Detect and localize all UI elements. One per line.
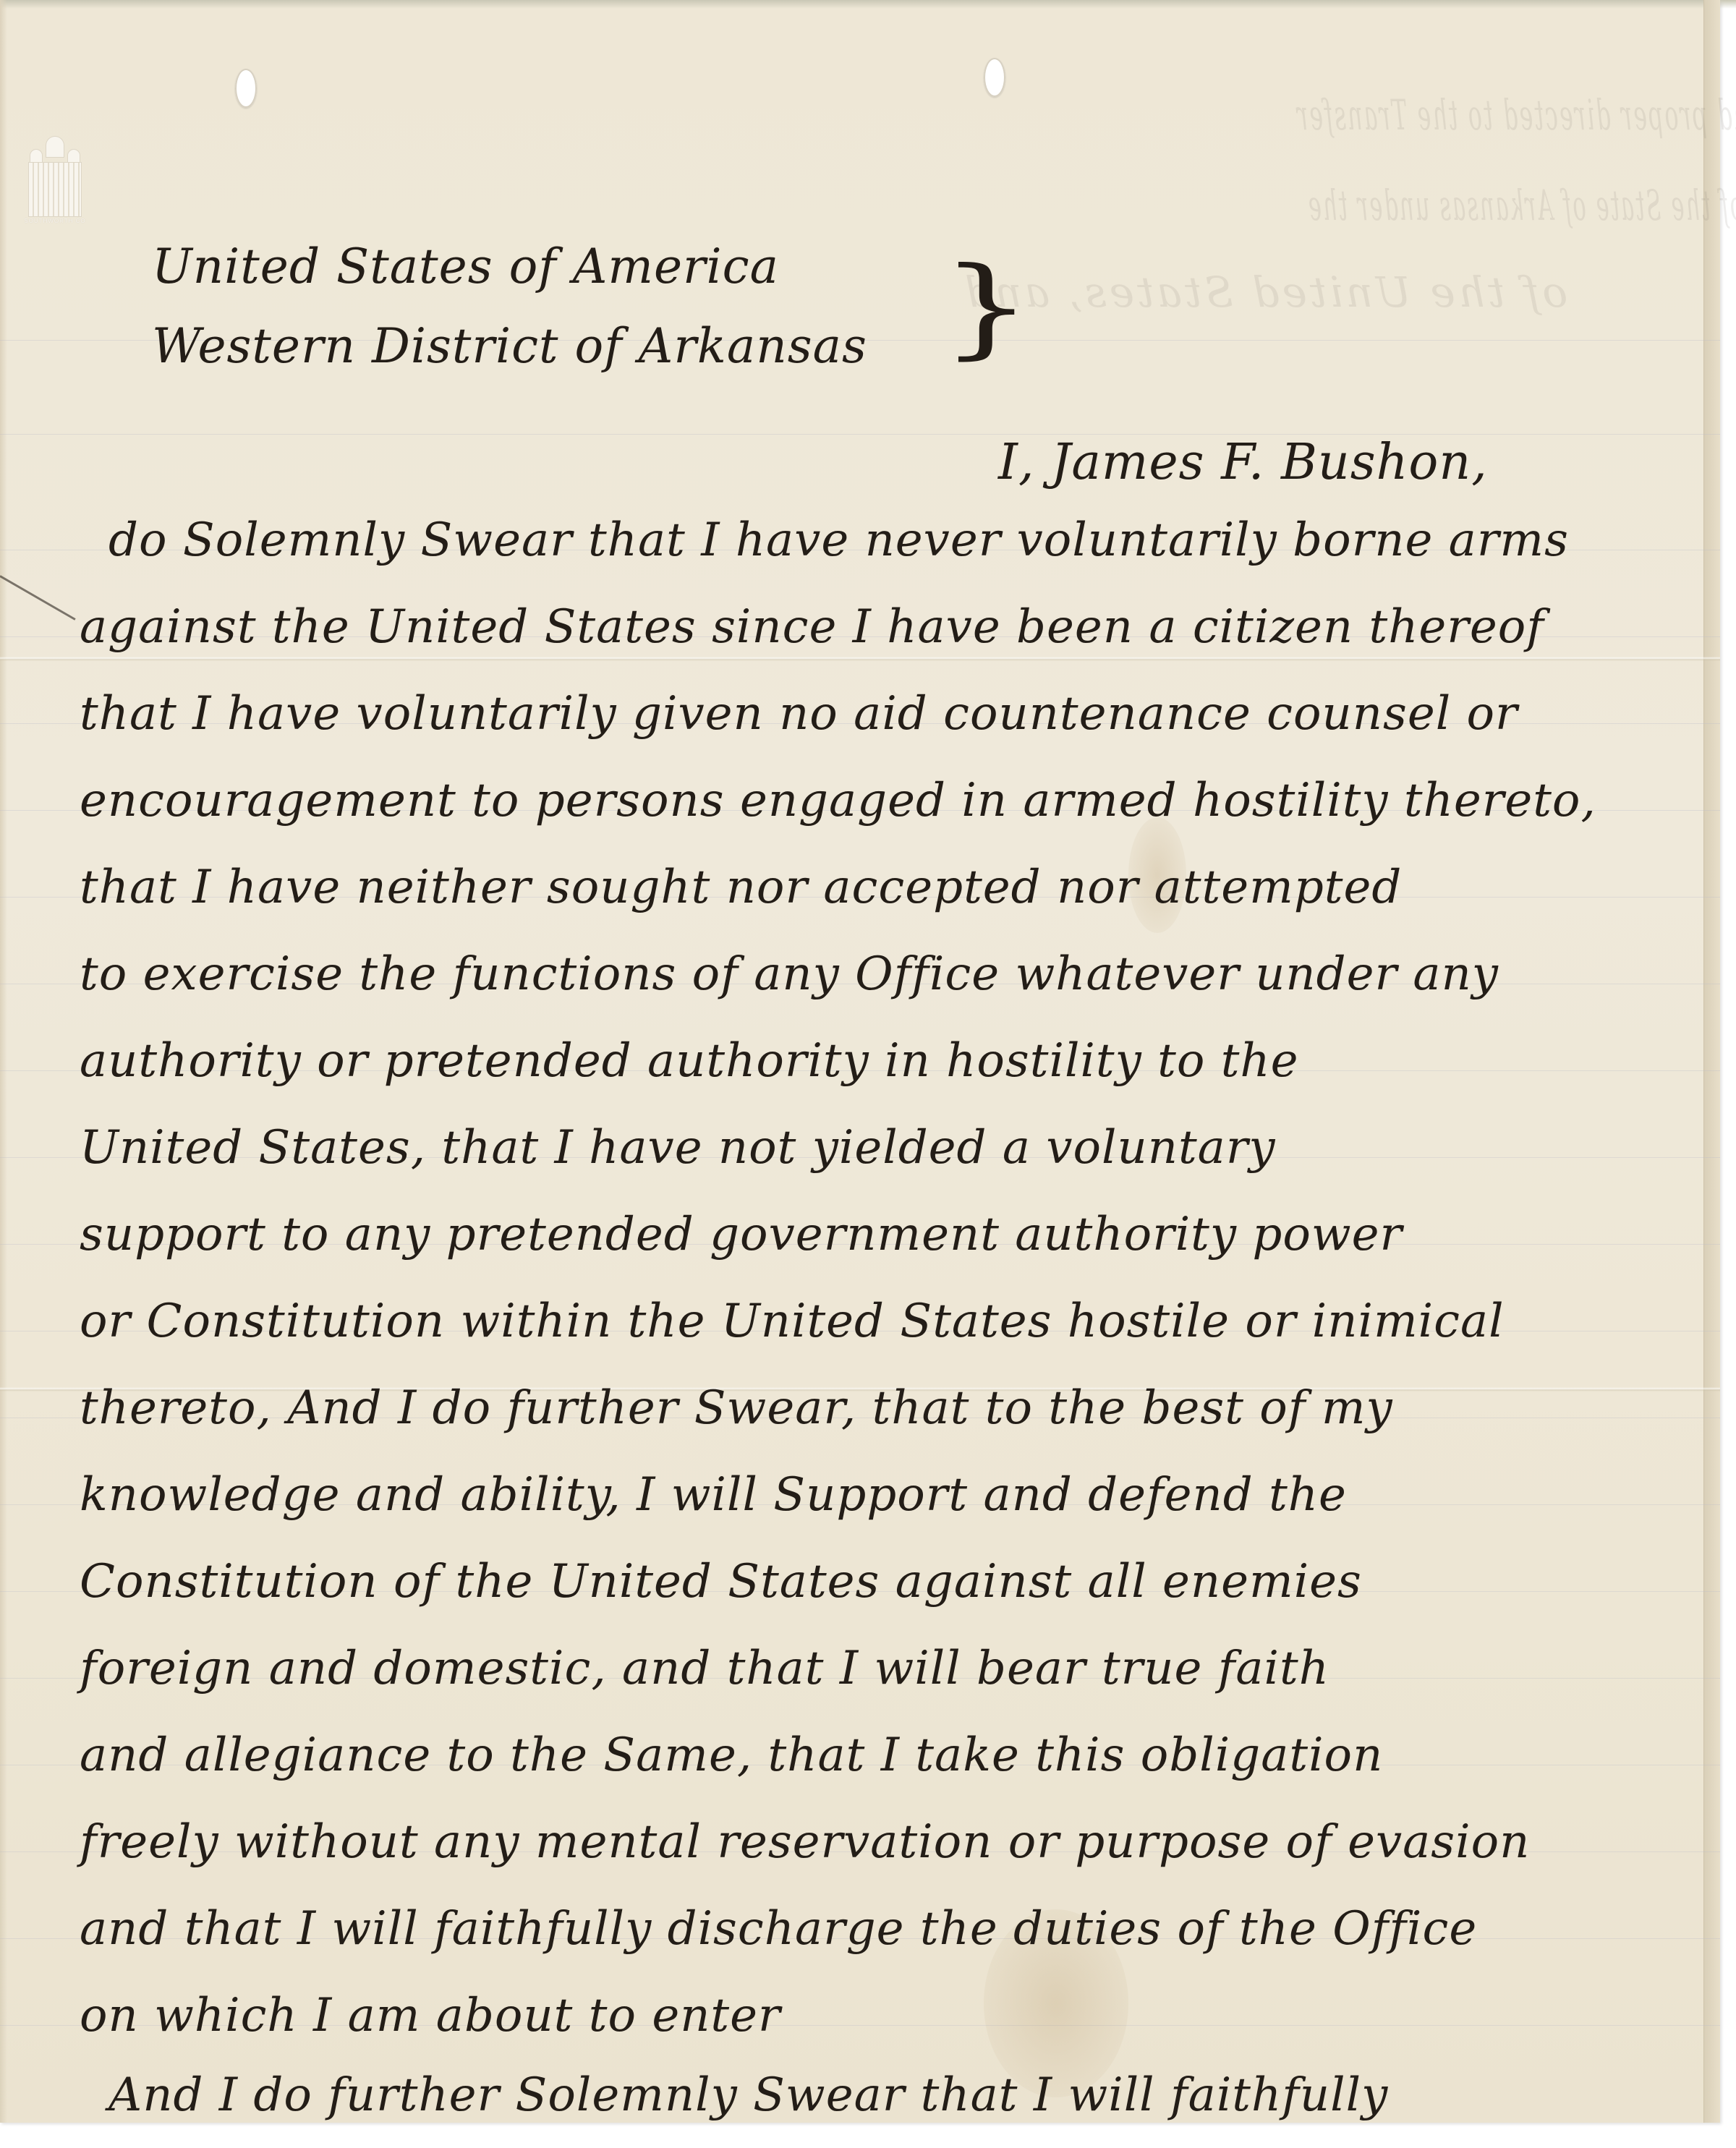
declarant-name: I, James F. Bushon, xyxy=(998,434,1488,491)
oath-line: support to any pretended government auth… xyxy=(80,1208,1403,1261)
pen-stroke-mark xyxy=(0,575,76,621)
oath-line: and allegiance to the Same, that I take … xyxy=(80,1729,1383,1782)
brace-bracket-icon: } xyxy=(940,253,1032,362)
bleed-through-text: execute all lawful and proper directed t… xyxy=(1295,90,1736,140)
oath-line: that I have voluntarily given no aid cou… xyxy=(80,687,1518,741)
oath-line: authority or pretended authority in host… xyxy=(80,1034,1299,1088)
oath-line: foreign and domestic, and that I will be… xyxy=(80,1642,1329,1695)
oath-line: thereto, And I do further Swear, that to… xyxy=(80,1381,1393,1435)
oath-line: and that I will faithfully discharge the… xyxy=(80,1902,1477,1956)
paper-left-edge xyxy=(0,0,7,2123)
punch-hole xyxy=(984,58,1005,97)
heading-line-2: Western District of Arkansas xyxy=(152,318,867,374)
oath-line: against the United States since I have b… xyxy=(80,600,1544,654)
embossed-building-logo: SOUTHWORTH CO xyxy=(22,108,88,224)
scan-top-edge xyxy=(0,0,1736,9)
oath-line: do Solemnly Swear that I have never volu… xyxy=(109,513,1569,567)
bleed-through-text: of the Western district of the State of … xyxy=(1307,181,1736,230)
bleed-through-text: of the United States, and xyxy=(962,268,1567,317)
building-emboss-icon xyxy=(26,129,84,216)
fold-crease xyxy=(0,657,1720,661)
embossed-mark-text: SOUTHWORTH CO xyxy=(24,218,85,224)
oath-line: United States, that I have not yielded a… xyxy=(80,1121,1276,1175)
oath-line: knowledge and ability, I will Support an… xyxy=(80,1468,1347,1522)
oath-line: And I do further Solemnly Swear that I w… xyxy=(109,2068,1388,2122)
oath-line: encouragement to persons engaged in arme… xyxy=(80,774,1596,827)
oath-line: freely without any mental reservation or… xyxy=(80,1815,1530,1869)
oath-line: to exercise the functions of any Office … xyxy=(80,947,1499,1001)
heading-line-1: United States of America xyxy=(152,239,779,294)
paper-right-edge xyxy=(1703,0,1720,2123)
punch-hole xyxy=(235,69,257,108)
oath-line: on which I am about to enter xyxy=(80,1989,781,2042)
document-page: SOUTHWORTH CO execute all lawful and pro… xyxy=(0,0,1720,2123)
oath-line: Constitution of the United States agains… xyxy=(80,1555,1362,1608)
oath-line: that I have neither sought nor accepted … xyxy=(80,861,1402,914)
oath-line: or Constitution within the United States… xyxy=(80,1295,1505,1348)
